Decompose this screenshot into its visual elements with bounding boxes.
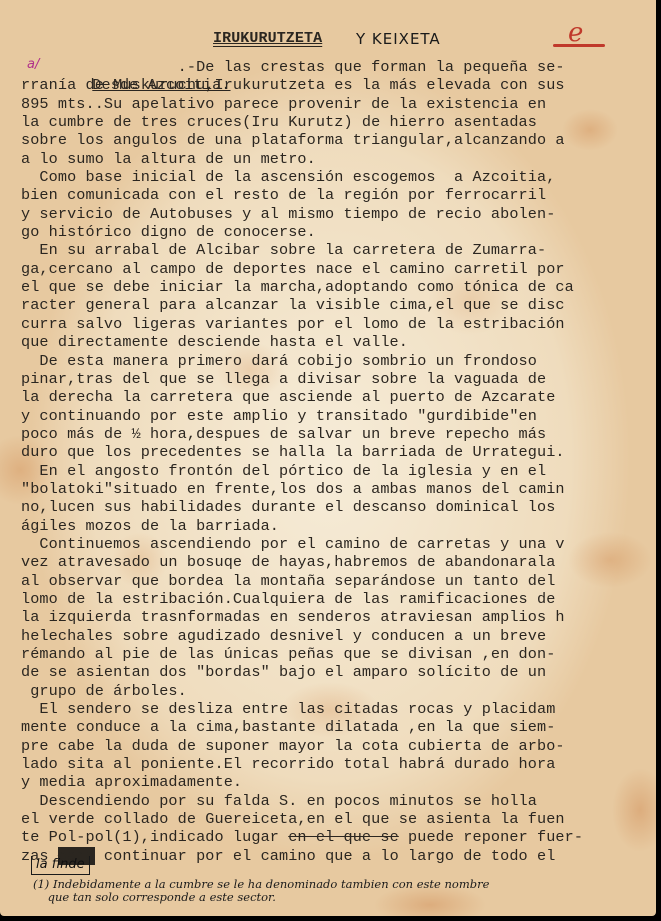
text-line: no,lucen sus habilidades durante el desc… xyxy=(21,498,661,516)
text-line-content: mente conduce a la cima,bastante dilatad… xyxy=(21,718,555,736)
text-line: y continuando por este amplio y transita… xyxy=(21,407,661,425)
boxed-handwritten-note: la finde xyxy=(31,856,90,875)
struck-text: en el que se xyxy=(288,828,399,846)
document-title: IRUKURUTZETA xyxy=(213,30,322,47)
text-line: y servicio de Autobuses y al mismo tiemp… xyxy=(21,205,661,223)
text-line-content: lado sita al poniente.El recorrido total… xyxy=(21,755,555,773)
text-line: el verde collado de Guereiceta,en el que… xyxy=(21,810,661,828)
text-line-content: que directamente desciende hasta el vall… xyxy=(21,333,408,351)
text-line: lado sita al poniente.El recorrido total… xyxy=(21,755,661,773)
text-line-content: duro que los precedentes se halla la bar… xyxy=(21,443,565,461)
text-line: y media aproximadamente. xyxy=(21,773,661,791)
text-line-content: continuar por el camino que a lo largo d… xyxy=(95,847,556,865)
text-line-content: y servicio de Autobuses y al mismo tiemp… xyxy=(21,205,555,223)
text-line-content: racter general para alcanzar la visible … xyxy=(21,296,565,314)
text-line-content: Descendiendo por su falda S. en pocos mi… xyxy=(21,792,537,810)
text-line: la derecha la carretera que asciende al … xyxy=(21,388,661,406)
text-line-content: ga,cercano al campo de deportes nace el … xyxy=(21,260,565,278)
text-line: la izquierda trasnformadas en senderos a… xyxy=(21,608,661,626)
text-line-content: ágiles mozos de la barriada. xyxy=(21,517,279,535)
text-line: bien comunicada con el resto de la regió… xyxy=(21,186,661,204)
text-line-content: rémando al pie de las únicas peñas que s… xyxy=(21,645,555,663)
text-line: racter general para alcanzar la visible … xyxy=(21,296,661,314)
text-line-content: y media aproximadamente. xyxy=(21,773,242,791)
text-line-content: lomo de la estribación.Cualquiera de las… xyxy=(21,590,555,608)
text-line: pre cabe la duda de suponer mayor la cot… xyxy=(21,737,661,755)
text-line: Continuemos ascendiendo por el camino de… xyxy=(21,535,661,553)
text-line: de se asientan dos "bordas" bajo el ampa… xyxy=(21,663,661,681)
text-line: grupo de árboles. xyxy=(21,682,661,700)
text-line-content: el que se debe iniciar la marcha,adoptan… xyxy=(21,278,574,296)
footnote: (1) Indebidamente a la cumbre se le ha d… xyxy=(33,878,489,904)
text-line-content: sobre los angulos de una plataforma tria… xyxy=(21,131,565,149)
text-line-content: 895 mts..Su apelativo parece provenir de… xyxy=(21,95,546,113)
text-line-content: De esta manera primero dará cobijo sombr… xyxy=(21,352,537,370)
text-line-content: a lo sumo la altura de un metro. xyxy=(21,150,316,168)
text-line-content: Continuemos ascendiendo por el camino de… xyxy=(21,535,565,553)
text-line-content: al observar que bordea la montaña separá… xyxy=(21,572,555,590)
text-line: mente conduce a la cima,bastante dilatad… xyxy=(21,718,661,736)
document-page: e IRUKURUTZETA Y KEIXETA a/ Desde Azcoit… xyxy=(0,0,656,916)
text-line: De esta manera primero dará cobijo sombr… xyxy=(21,352,661,370)
text-line-content: En su arrabal de Alcibar sobre la carret… xyxy=(21,241,546,259)
text-line: pinar,tras del que se llega a divisar so… xyxy=(21,370,661,388)
text-line-content: vez atravesado un bosuqe de hayas,habrem… xyxy=(21,553,555,571)
text-line: rémando al pie de las únicas peñas que s… xyxy=(21,645,661,663)
text-line: Como base inicial de la ascensión escoge… xyxy=(21,168,661,186)
text-line-content: curra salvo ligeras variantes por el lom… xyxy=(21,315,565,333)
text-line-content: la cumbre de tres cruces(Iru Kurutz) de … xyxy=(21,113,537,131)
text-line: ga,cercano al campo de deportes nace el … xyxy=(21,260,661,278)
text-line: En el angosto frontón del pórtico de la … xyxy=(21,462,661,480)
text-line-content: de se asientan dos "bordas" bajo el ampa… xyxy=(21,663,546,681)
text-line-content: helechales sobre agudizado desnivel y co… xyxy=(21,627,546,645)
footnote-line: que tan solo corresponde a este sector. xyxy=(33,891,489,904)
text-line-content: bien comunicada con el resto de la regió… xyxy=(21,186,546,204)
text-line: que directamente desciende hasta el vall… xyxy=(21,333,661,351)
text-line: curra salvo ligeras variantes por el lom… xyxy=(21,315,661,333)
text-line: el que se debe iniciar la marcha,adoptan… xyxy=(21,278,661,296)
text-line-content: la izquierda trasnformadas en senderos a… xyxy=(21,608,565,626)
text-line-content: go histórico digno de conocerse. xyxy=(21,223,316,241)
text-line-content: pinar,tras del que se llega a divisar so… xyxy=(21,370,546,388)
text-line-content: Como base inicial de la ascensión escoge… xyxy=(21,168,555,186)
text-line-content: pre cabe la duda de suponer mayor la cot… xyxy=(21,737,565,755)
text-line: En su arrabal de Alcibar sobre la carret… xyxy=(21,241,661,259)
text-line: te Pol-pol(1),indicado lugar en el que s… xyxy=(21,828,661,846)
text-line-content: el verde collado de Guereiceta,en el que… xyxy=(21,810,565,828)
text-line: El sendero se desliza entre las citadas … xyxy=(21,700,661,718)
text-line: sobre los angulos de una plataforma tria… xyxy=(21,131,661,149)
typed-body: Desde Azcoitia. .-De las crestas que for… xyxy=(21,58,661,883)
text-line-content: En el angosto frontón del pórtico de la … xyxy=(21,462,546,480)
text-line: a lo sumo la altura de un metro. xyxy=(21,150,661,168)
text-line: vez atravesado un bosuqe de hayas,habrem… xyxy=(21,553,661,571)
section-heading: Desde Azcoitia. xyxy=(76,76,230,94)
text-line: "bolatoki"situado en frente,los dos a am… xyxy=(21,480,661,498)
text-line: zas para continuar por el camino que a l… xyxy=(21,847,661,865)
text-line-content: no,lucen sus habilidades durante el desc… xyxy=(21,498,555,516)
text-line-content: la derecha la carretera que asciende al … xyxy=(21,388,555,406)
text-line: go histórico digno de conocerse. xyxy=(21,223,661,241)
text-line: ágiles mozos de la barriada. xyxy=(21,517,661,535)
text-line: helechales sobre agudizado desnivel y co… xyxy=(21,627,661,645)
heading-line: Desde Azcoitia. xyxy=(21,58,231,76)
text-line-content: puede reponer fuer- xyxy=(399,828,583,846)
red-underline-mark xyxy=(553,44,605,47)
text-line-content: El sendero se desliza entre las citadas … xyxy=(21,700,555,718)
text-line-content: grupo de árboles. xyxy=(21,682,187,700)
handwritten-title-addition: Y KEIXETA xyxy=(356,30,441,48)
text-line-content: y continuando por este amplio y transita… xyxy=(21,407,537,425)
text-line: Descendiendo por su falda S. en pocos mi… xyxy=(21,792,661,810)
text-line: duro que los precedentes se halla la bar… xyxy=(21,443,661,461)
text-line-content: "bolatoki"situado en frente,los dos a am… xyxy=(21,480,565,498)
text-line: lomo de la estribación.Cualquiera de las… xyxy=(21,590,661,608)
text-line-content: poco más de ½ hora,despues de salvar un … xyxy=(21,425,546,443)
text-line: 895 mts..Su apelativo parece provenir de… xyxy=(21,95,661,113)
text-line: poco más de ½ hora,despues de salvar un … xyxy=(21,425,661,443)
paragraph-lines: .-De las crestas que forman la pequeña s… xyxy=(21,58,661,883)
text-line-content: te Pol-pol(1),indicado lugar xyxy=(21,828,288,846)
text-line: al observar que bordea la montaña separá… xyxy=(21,572,661,590)
text-line: la cumbre de tres cruces(Iru Kurutz) de … xyxy=(21,113,661,131)
